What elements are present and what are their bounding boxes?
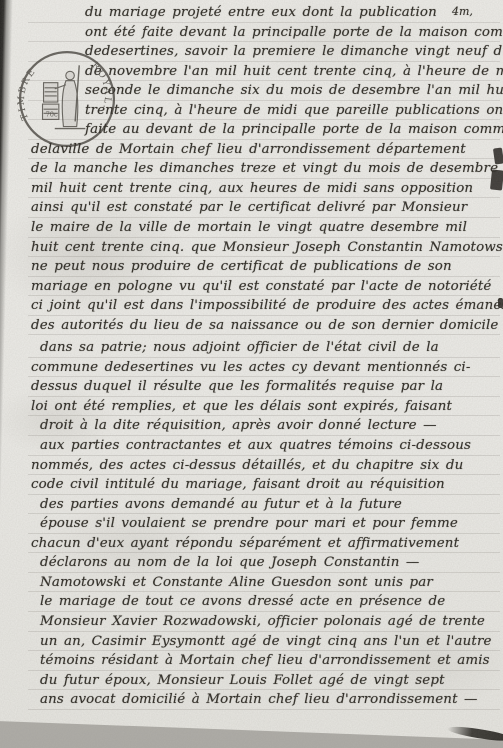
manuscript-line: ans avocat domicilié à Mortain chef lieu…	[28, 690, 500, 710]
manuscript-line: Namotowski et Constante Aline Guesdon so…	[28, 573, 500, 593]
manuscript-line: des autorités du lieu de sa naissance ou…	[28, 316, 500, 336]
manuscript-line: seconde le dimanche six du mois de desem…	[28, 81, 500, 101]
manuscript-line: mariage en pologne vu qu'il est constaté…	[28, 277, 500, 297]
manuscript-line: droit à la dite réquisition, après avoir…	[28, 416, 500, 436]
manuscript-line: du mariage projeté entre eux dont la pub…	[28, 3, 500, 23]
manuscript-line: trente cinq, à l'heure de midi que parei…	[28, 101, 500, 121]
manuscript-line: huit cent trente cinq. que Monsieur Jose…	[28, 238, 500, 258]
manuscript-line: loi ont été remplies, et que les délais …	[28, 397, 500, 417]
manuscript-line: chacun d'eux ayant répondu séparément et…	[28, 534, 500, 554]
manuscript-line: dedesertines, savoir la premiere le dima…	[28, 42, 500, 62]
manuscript-line: ont été faite devant la principalle port…	[28, 23, 500, 43]
manuscript-line: épouse s'il voulaient se prendre pour ma…	[28, 514, 500, 534]
manuscript-line: Monsieur Xavier Rozwadowski, officier po…	[28, 612, 500, 632]
manuscript-line: code civil intitulé du mariage, faisant …	[28, 475, 500, 495]
manuscript-line: commune dedesertines vu les actes cy dev…	[28, 358, 500, 378]
manuscript-line: delaville de Mortain chef lieu d'arrondi…	[28, 140, 500, 160]
manuscript-line: aux parties contractantes et aux quatres…	[28, 436, 500, 456]
manuscript-line: ci joint qu'il est dans l'impossibilité …	[28, 296, 500, 316]
manuscript-line: ne peut nous produire de certificat de p…	[28, 257, 500, 277]
manuscript-line: ainsi qu'il est constaté par le certific…	[28, 198, 500, 218]
manuscript-line: mil huit cent trente cinq, aux heures de…	[28, 179, 500, 199]
manuscript-line: dessus duquel il résulte que les formali…	[28, 377, 500, 397]
manuscript-line: des parties avons demandé au futur et à …	[28, 495, 500, 515]
manuscript-line: dans sa patrie; nous adjoint officier de…	[28, 338, 500, 358]
manuscript-line: le mariage de tout ce avons dressé acte …	[28, 592, 500, 612]
manuscript-line: du futur époux, Monsieur Louis Follet ag…	[28, 671, 500, 691]
manuscript-line: déclarons au nom de la loi que Joseph Co…	[28, 553, 500, 573]
manuscript-line: de novembre l'an mil huit cent trente ci…	[28, 62, 500, 82]
manuscript-line: nommés, des actes ci-dessus détaillés, e…	[28, 456, 500, 476]
scanned-document: TIMBRE ROYAL. 70c 4m, du mariage projeté…	[0, 0, 503, 748]
manuscript-line: témoins résidant à Mortain chef lieu d'a…	[28, 651, 500, 671]
manuscript-line: le maire de la ville de mortain le vingt…	[28, 218, 500, 238]
manuscript-text-block: du mariage projeté entre eux dont la pub…	[28, 3, 500, 710]
manuscript-line: faite au devant de la principalle porte …	[28, 120, 500, 140]
manuscript-line: un an, Casimir Eysymontt agé de vingt ci…	[28, 632, 500, 652]
manuscript-line: de la manche les dimanches treze et ving…	[28, 159, 500, 179]
